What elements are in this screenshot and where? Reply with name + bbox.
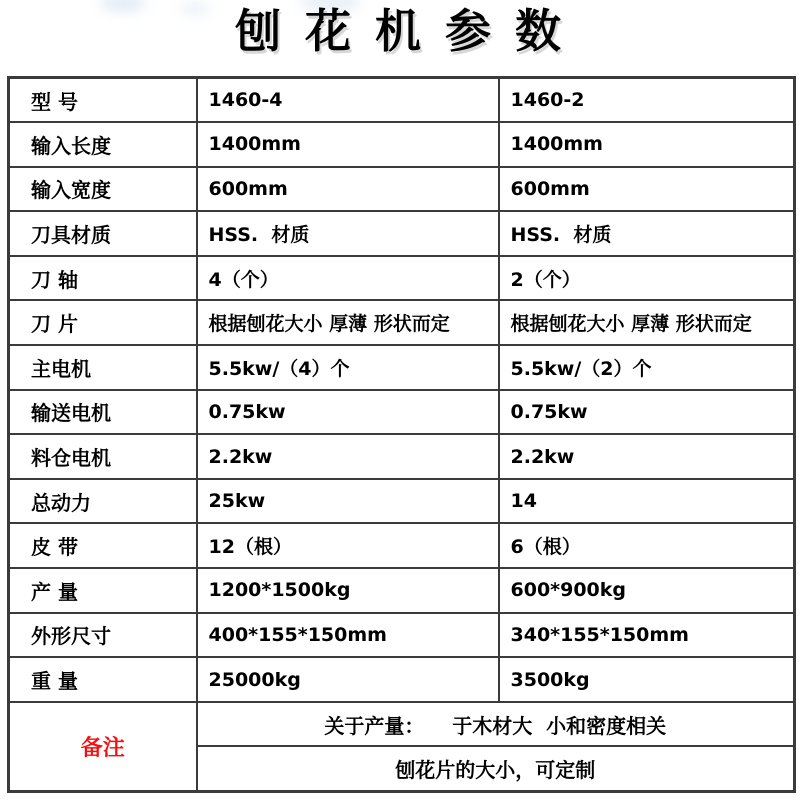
row-value-col2: 2（个） — [499, 256, 795, 301]
row-value-col1: HSS. 材质 — [197, 211, 499, 256]
table-row: 外形尺寸 400*155*150mm 340*155*150mm — [9, 613, 795, 658]
notes-label: 备注 — [9, 702, 197, 791]
row-value-col1: 1200*1500kg — [197, 568, 499, 613]
row-label: 型 号 — [9, 78, 197, 123]
row-value-col2: 1400mm — [499, 122, 795, 167]
row-value-col1: 5.5kw/（4）个 — [197, 345, 499, 390]
row-label: 刀具材质 — [9, 211, 197, 256]
row-label: 输送电机 — [9, 390, 197, 435]
row-value-col2: 0.75kw — [499, 390, 795, 435]
row-value-col2: 2.2kw — [499, 434, 795, 479]
row-value-col2: 5.5kw/（2）个 — [499, 345, 795, 390]
row-value-col1: 25kw — [197, 479, 499, 524]
table-row: 输入长度 1400mm 1400mm — [9, 122, 795, 167]
row-value-col2: 根据刨花大小 厚薄 形状而定 — [499, 300, 795, 345]
row-label: 外形尺寸 — [9, 613, 197, 658]
row-value-col2: 14 — [499, 479, 795, 524]
row-value-col1: 12（根） — [197, 523, 499, 568]
row-value-col2: 340*155*150mm — [499, 613, 795, 658]
row-value-col2: 3500kg — [499, 657, 795, 702]
row-label: 输入宽度 — [9, 167, 197, 212]
row-value-col1: 25000kg — [197, 657, 499, 702]
table-row: 刀 片 根据刨花大小 厚薄 形状而定 根据刨花大小 厚薄 形状而定 — [9, 300, 795, 345]
row-label: 输入长度 — [9, 122, 197, 167]
spec-table: 型 号 1460-4 1460-2 输入长度 1400mm 1400mm 输入宽… — [7, 76, 796, 793]
table-row: 刀具材质 HSS. 材质 HSS. 材质 — [9, 211, 795, 256]
row-value-col1: 0.75kw — [197, 390, 499, 435]
row-value-col1: 根据刨花大小 厚薄 形状而定 — [197, 300, 499, 345]
note-line-2: 刨花片的大小，可定制 — [197, 746, 795, 791]
row-label: 刀 轴 — [9, 256, 197, 301]
row-label: 皮 带 — [9, 523, 197, 568]
row-value-col2: 1460-2 — [499, 78, 795, 123]
row-value-col2: 600mm — [499, 167, 795, 212]
table-row: 产 量 1200*1500kg 600*900kg — [9, 568, 795, 613]
row-label: 料仓电机 — [9, 434, 197, 479]
row-label: 总动力 — [9, 479, 197, 524]
page-title: 刨 花 机 参 数 — [0, 0, 800, 62]
row-label: 产 量 — [9, 568, 197, 613]
table-row: 主电机 5.5kw/（4）个 5.5kw/（2）个 — [9, 345, 795, 390]
row-label: 重 量 — [9, 657, 197, 702]
row-label: 主电机 — [9, 345, 197, 390]
table-row: 料仓电机 2.2kw 2.2kw — [9, 434, 795, 479]
table-row: 输送电机 0.75kw 0.75kw — [9, 390, 795, 435]
row-value-col2: HSS. 材质 — [499, 211, 795, 256]
row-value-col1: 2.2kw — [197, 434, 499, 479]
table-row: 刀 轴 4（个） 2（个） — [9, 256, 795, 301]
row-value-col1: 400*155*150mm — [197, 613, 499, 658]
row-value-col1: 1460-4 — [197, 78, 499, 123]
spec-sheet-page: 刨 花 机 参 数 型 号 1460-4 1460-2 输入长度 1400mm … — [0, 0, 800, 800]
row-value-col2: 6（根） — [499, 523, 795, 568]
table-row: 重 量 25000kg 3500kg — [9, 657, 795, 702]
table-row: 总动力 25kw 14 — [9, 479, 795, 524]
row-value-col1: 1400mm — [197, 122, 499, 167]
row-value-col2: 600*900kg — [499, 568, 795, 613]
row-value-col1: 600mm — [197, 167, 499, 212]
table-row: 皮 带 12（根） 6（根） — [9, 523, 795, 568]
note-line-1: 关于产量： 于木材大 小和密度相关 — [197, 702, 795, 747]
row-label: 刀 片 — [9, 300, 197, 345]
notes-row-1: 备注 关于产量： 于木材大 小和密度相关 — [9, 702, 795, 747]
row-value-col1: 4（个） — [197, 256, 499, 301]
table-row: 输入宽度 600mm 600mm — [9, 167, 795, 212]
table-row: 型 号 1460-4 1460-2 — [9, 78, 795, 123]
